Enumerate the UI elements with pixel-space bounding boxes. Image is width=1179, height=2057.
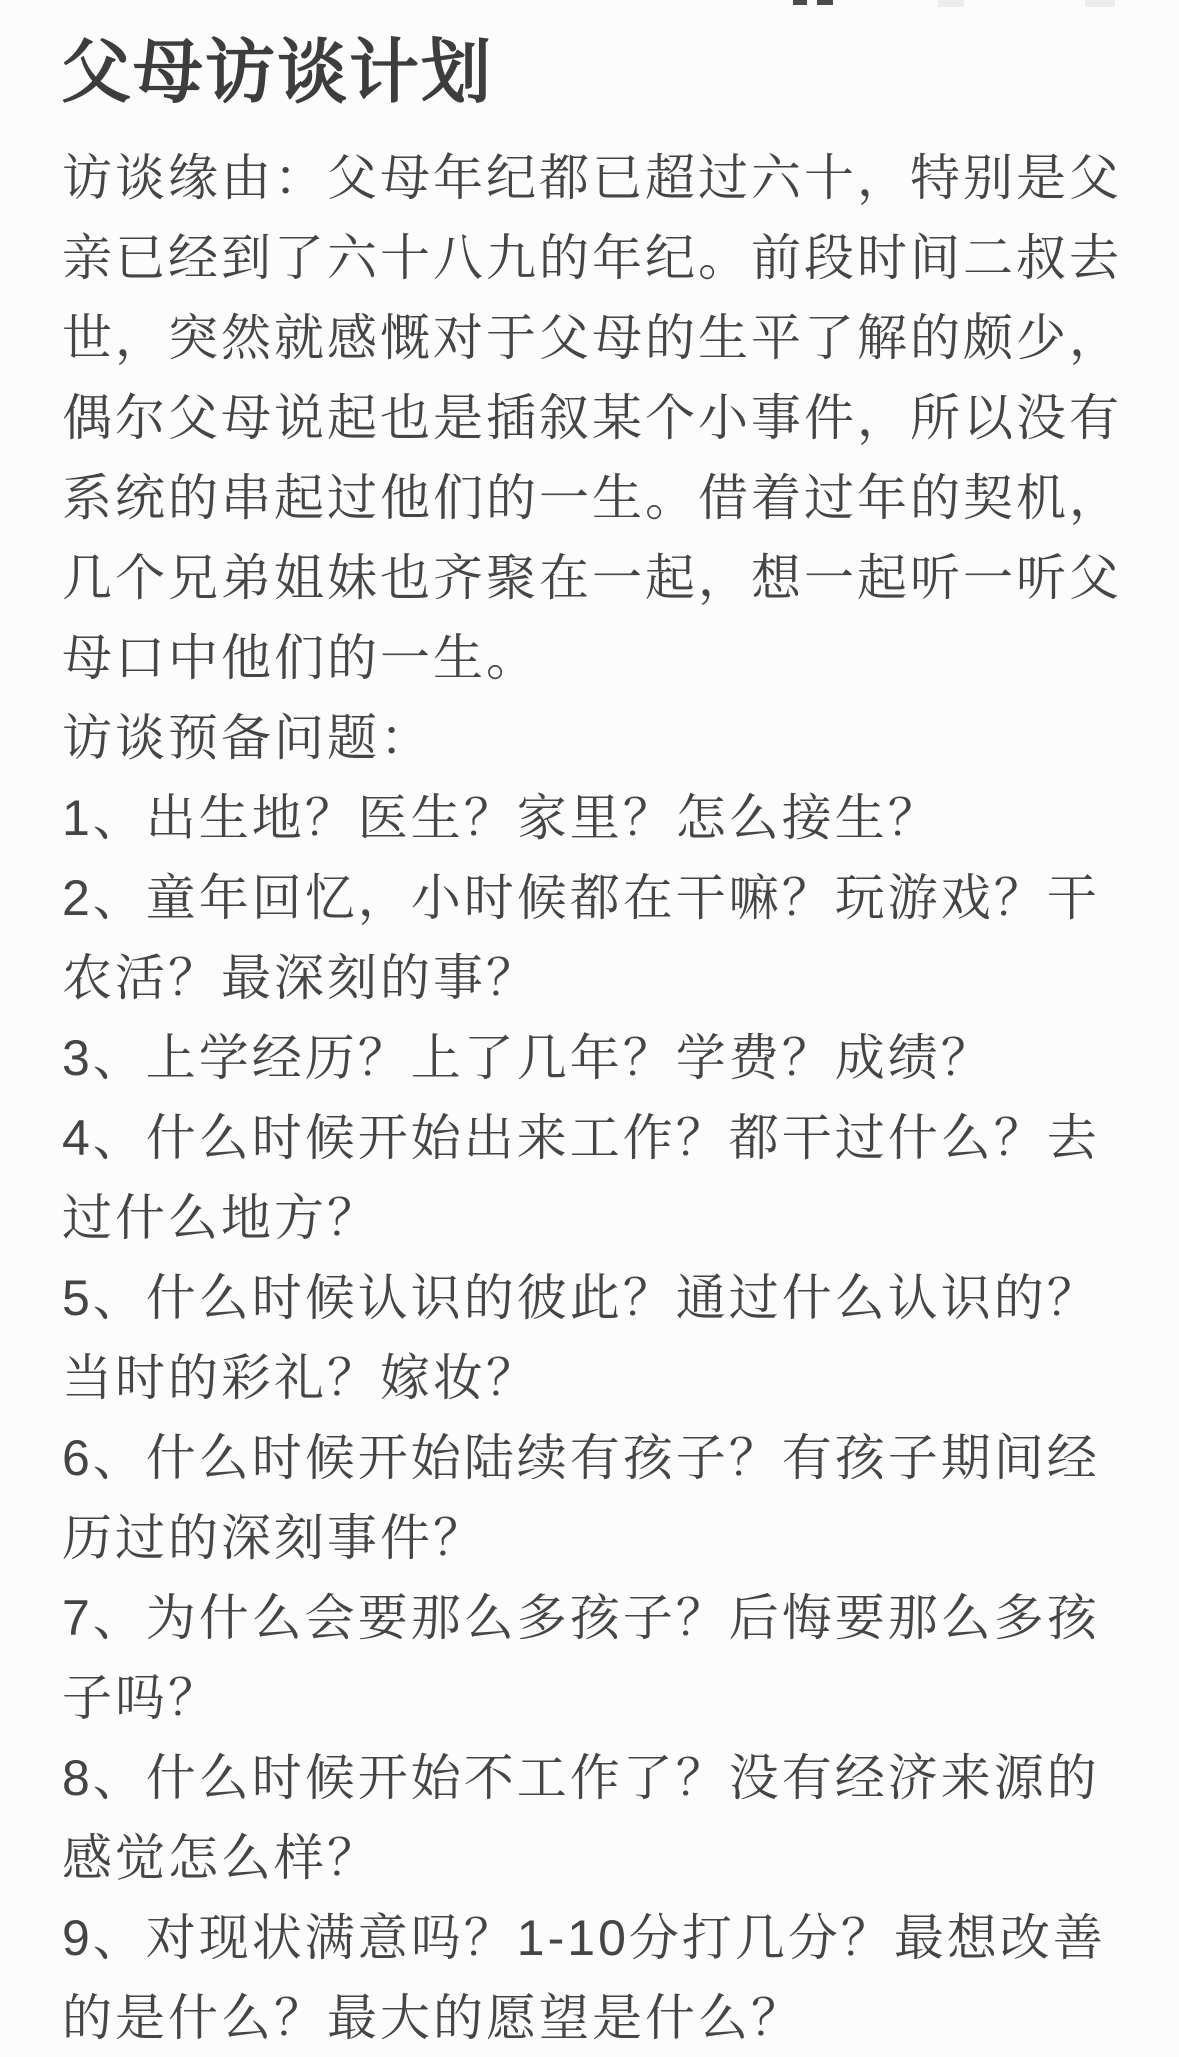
text-line: 农活？最深刻的事？ bbox=[62, 938, 1132, 1018]
text-line: 3、上学经历？上了几年？学费？成绩？ bbox=[62, 1018, 1132, 1098]
section-label: 访谈预备问题： bbox=[62, 698, 1132, 778]
question-item: 1、出生地？医生？家里？怎么接生？ bbox=[62, 778, 1132, 858]
question-item: 7、为什么会要那么多孩子？后悔要那么多孩子吗？ bbox=[62, 1578, 1132, 1738]
page-title: 父母访谈计划 bbox=[61, 24, 493, 120]
intro-paragraph: 访谈缘由：父母年纪都已超过六十，特别是父亲已经到了六十八九的年纪。前段时间二叔去… bbox=[62, 138, 1132, 698]
text-line: 6、什么时候开始陆续有孩子？有孩子期间经 bbox=[62, 1418, 1132, 1498]
question-item: 2、童年回忆，小时候都在干嘛？玩游戏？干农活？最深刻的事？ bbox=[62, 858, 1132, 1018]
text-line: 7、为什么会要那么多孩子？后悔要那么多孩 bbox=[62, 1578, 1132, 1658]
text-line: 亲已经到了六十八九的年纪。前段时间二叔去 bbox=[62, 218, 1132, 298]
question-item: 3、上学经历？上了几年？学费？成绩？ bbox=[62, 1018, 1132, 1098]
document-body: 访谈缘由：父母年纪都已超过六十，特别是父亲已经到了六十八九的年纪。前段时间二叔去… bbox=[62, 138, 1132, 2057]
question-item: 9、对现状满意吗？1-10分打几分？最想改善的是什么？最大的愿望是什么？ bbox=[62, 1898, 1132, 2057]
text-line: 几个兄弟姐妹也齐聚在一起，想一起听一听父 bbox=[62, 538, 1132, 618]
text-line: 感觉怎么样？ bbox=[62, 1818, 1132, 1898]
text-line: 过什么地方？ bbox=[62, 1178, 1132, 1258]
text-line: 2、童年回忆，小时候都在干嘛？玩游戏？干 bbox=[62, 858, 1132, 938]
cropped-text-remnant bbox=[817, 0, 833, 5]
cropped-text-remnant bbox=[1085, 0, 1115, 7]
text-line: 5、什么时候认识的彼此？通过什么认识的？ bbox=[62, 1258, 1132, 1338]
text-line: 1、出生地？医生？家里？怎么接生？ bbox=[62, 778, 1132, 858]
text-line: 世，突然就感慨对于父母的生平了解的颇少， bbox=[62, 298, 1132, 378]
document-page: 父母访谈计划 访谈缘由：父母年纪都已超过六十，特别是父亲已经到了六十八九的年纪。… bbox=[0, 0, 1179, 2057]
text-line: 系统的串起过他们的一生。借着过年的契机， bbox=[62, 458, 1132, 538]
cropped-text-remnant bbox=[793, 0, 807, 5]
text-line: 偶尔父母说起也是插叙某个小事件，所以没有 bbox=[62, 378, 1132, 458]
text-line: 母口中他们的一生。 bbox=[62, 618, 1132, 698]
question-item: 5、什么时候认识的彼此？通过什么认识的？当时的彩礼？嫁妆？ bbox=[62, 1258, 1132, 1418]
text-line: 9、对现状满意吗？1-10分打几分？最想改善 bbox=[62, 1898, 1132, 1978]
cropped-text-remnant bbox=[938, 0, 964, 7]
text-line: 当时的彩礼？嫁妆？ bbox=[62, 1338, 1132, 1418]
text-line: 的是什么？最大的愿望是什么？ bbox=[62, 1978, 1132, 2057]
text-line: 4、什么时候开始出来工作？都干过什么？去 bbox=[62, 1098, 1132, 1178]
question-item: 8、什么时候开始不工作了？没有经济来源的感觉怎么样？ bbox=[62, 1738, 1132, 1898]
text-line: 子吗？ bbox=[62, 1658, 1132, 1738]
question-item: 4、什么时候开始出来工作？都干过什么？去过什么地方？ bbox=[62, 1098, 1132, 1258]
text-line: 8、什么时候开始不工作了？没有经济来源的 bbox=[62, 1738, 1132, 1818]
text-line: 访谈缘由：父母年纪都已超过六十，特别是父 bbox=[62, 138, 1132, 218]
question-item: 6、什么时候开始陆续有孩子？有孩子期间经历过的深刻事件？ bbox=[62, 1418, 1132, 1578]
text-line: 历过的深刻事件？ bbox=[62, 1498, 1132, 1578]
